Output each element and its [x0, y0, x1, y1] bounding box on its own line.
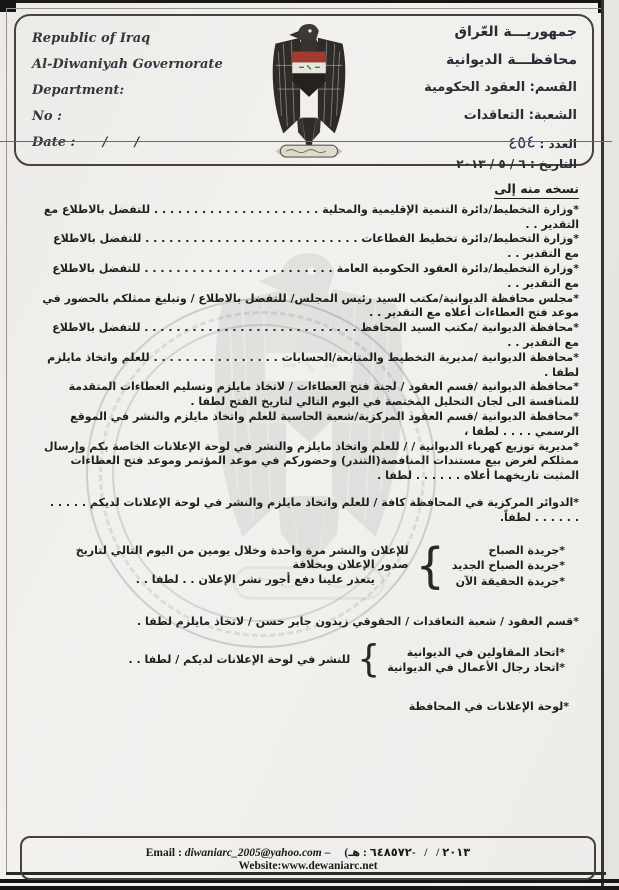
- distribution-item: *مجلس محافظة الديوانية/مكتب السيد رئيس ا…: [42, 292, 579, 322]
- no-label-en: No :: [32, 108, 242, 125]
- distribution-item: *محافظة الديوانية /قسم العقود المركزية/ش…: [42, 410, 579, 440]
- unions-note: للنشر في لوحة الإعلانات لديكم / لطفا . .: [42, 653, 350, 668]
- announcement-board-line: *لوحة الإعلانات في المحافظة: [42, 700, 579, 715]
- newspapers-note-line1: للإعلان والنشر مرة واحدة وخلال يومين من …: [42, 544, 409, 574]
- scan-edge-right-strip: [604, 0, 619, 890]
- document-body: نسخه منه إلى *وزارة التخطيط/دائرة التنمي…: [42, 182, 579, 715]
- newspapers-note-line2: يتعذر علينا دفع أجور نشر الإعلان . . لطف…: [42, 573, 409, 588]
- header-horizontal-rule: [0, 141, 612, 142]
- distribution-item: *محافظة الديوانية /قسم العقود / لجنة فتح…: [42, 380, 579, 410]
- footer-contact-box: Email : diwaniarc_2005@yahoo.com – (٢٠١٣…: [20, 836, 596, 880]
- copy-to-title: نسخه منه إلى: [494, 182, 579, 199]
- distribution-item: *وزارة التخطيط/دائرة تخطيط القطاعات . . …: [42, 232, 579, 262]
- distribution-item: *محافظة الديوانية /مديرية التخطيط والمتا…: [42, 351, 579, 381]
- department-label-en: Department:: [32, 82, 242, 99]
- newspaper-names: *جريدة الصباح*جريدة الصباح الجديد*جريدة …: [452, 543, 565, 590]
- scan-edge-right: [601, 0, 604, 890]
- iraq-eagle-emblem: [253, 22, 365, 160]
- brace-icon: {: [357, 643, 380, 677]
- distribution-item: *مديرية توزيع كهرباء الديوانية / / للعلم…: [42, 440, 579, 484]
- brace-icon: {: [416, 544, 445, 587]
- union-name: *اتحاد رجال الأعمال في الديوانية: [387, 660, 565, 676]
- union-names: *اتحاد المقاولين في الديوانية*اتحاد رجال…: [387, 645, 565, 676]
- newspaper-name: *جريدة الحقيقة الآن: [452, 574, 565, 590]
- governorate-name-ar: محافظـــة الديوانية: [357, 50, 577, 70]
- department-line-ar: القسم: العقود الحكومية: [357, 78, 577, 98]
- newspapers-group: *جريدة الصباح*جريدة الصباح الجديد*جريدة …: [42, 543, 579, 590]
- website-url: Website:www.dewaniarc.net: [238, 860, 377, 872]
- letterhead-arabic: جمهوريـــة العّراق محافظـــة الديوانية ا…: [357, 22, 577, 175]
- date-label-ar: التاريخ :: [530, 157, 577, 171]
- distribution-list: *وزارة التخطيط/دائرة التنمية الإقليمية و…: [42, 203, 579, 484]
- country-name-ar: جمهوريـــة العّراق: [357, 22, 577, 42]
- number-label: العدد :: [540, 137, 577, 151]
- country-name-en: Republic of Iraq: [32, 30, 242, 47]
- distribution-item: *محافظة الديوانية /مكتب السيد المحافظ . …: [42, 321, 579, 351]
- separator-dash: –: [325, 847, 331, 859]
- number-value-handwritten: ٤٥٤: [507, 133, 536, 153]
- distribution-item: *وزارة التخطيط/دائرة التنمية الإقليمية و…: [42, 203, 579, 233]
- contracts-division-line: *قسم العقود / شعبة التعاقدات / الحقوقي ز…: [42, 615, 579, 630]
- unions-group: *اتحاد المقاولين في الديوانية*اتحاد رجال…: [42, 644, 579, 676]
- newspaper-name: *جريدة الصباح الجديد: [452, 558, 565, 574]
- document-number-line: العدد : ٤٥٤: [357, 134, 577, 153]
- phone-number: (٢٠١٣ / / -٦٤٨٥٧٢ : هـ: [344, 845, 470, 859]
- email-label: Email :: [146, 847, 182, 859]
- union-name: *اتحاد المقاولين في الديوانية: [387, 645, 565, 661]
- scan-edge-bottom-outer: [0, 886, 619, 890]
- email-line: Email : diwaniarc_2005@yahoo.com –: [146, 847, 331, 859]
- email-address: diwaniarc_2005@yahoo.com: [185, 847, 322, 859]
- governorate-name-en: Al-Diwaniyah Governorate: [32, 56, 242, 73]
- document-date-line: التاريخ : ٦ / ٥ / ٢٠١٣: [357, 155, 577, 173]
- central-offices-line: *الدوائر المركزية في المحافظة كافة / للع…: [42, 496, 579, 526]
- newspaper-name: *جريدة الصباح: [452, 543, 565, 559]
- scan-edge-top: [0, 0, 619, 3]
- scanned-document-page: Republic of Iraq Al-Diwaniyah Governorat…: [0, 0, 619, 890]
- footer-contact-line: Email : diwaniarc_2005@yahoo.com – (٢٠١٣…: [146, 845, 471, 859]
- newspapers-note: للإعلان والنشر مرة واحدة وخلال يومين من …: [42, 544, 409, 588]
- date-value-ar: ٦ / ٥ / ٢٠١٣: [456, 157, 525, 171]
- division-line-ar: الشعبة: التعاقدات: [357, 106, 577, 126]
- date-label-en: Date : / /: [32, 134, 242, 151]
- distribution-item: *وزارة التخطيط/دائرة العقود الحكومية الع…: [42, 262, 579, 292]
